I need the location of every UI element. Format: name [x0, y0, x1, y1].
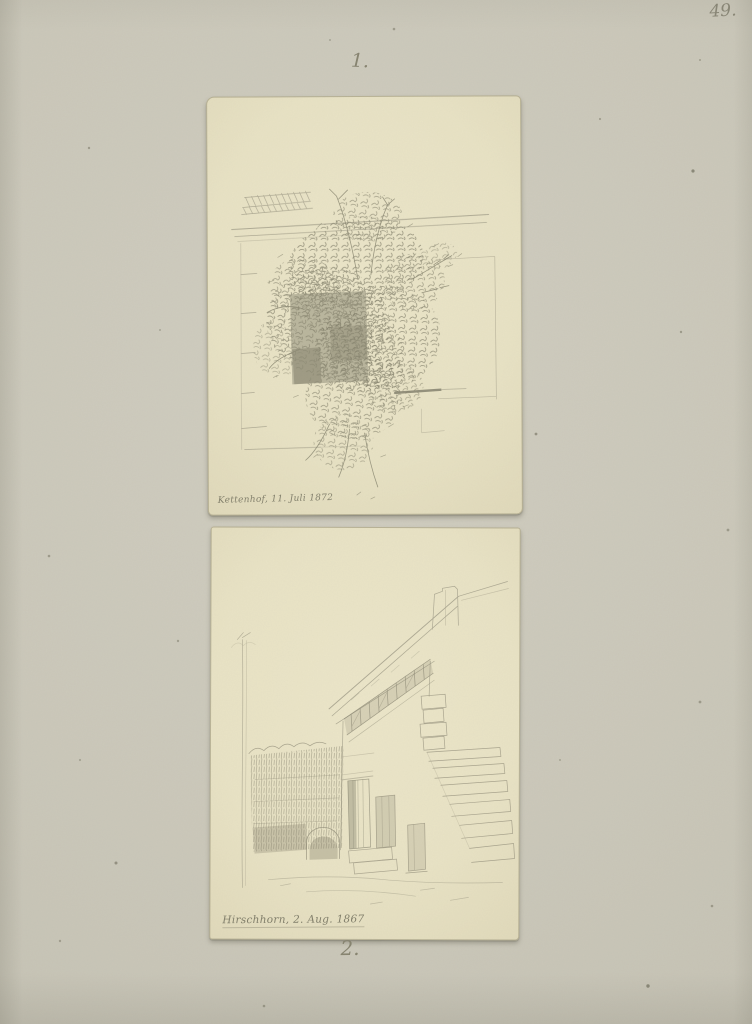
sketch-2-paper: Hirschhorn, 2. Aug. 1867: [209, 526, 520, 940]
ground-strokes: [268, 877, 502, 905]
figure-1-label: 1.: [338, 49, 383, 73]
foliage: [253, 192, 462, 471]
roof: [329, 581, 508, 725]
sketch-2-drawing: [210, 527, 519, 939]
figure-2-label: 2.: [328, 936, 372, 961]
sketch-1-drawing: [207, 96, 522, 514]
windows: [376, 795, 428, 873]
sketch-1-paper: Kettenhof, 11. Juli 1872: [206, 95, 523, 515]
sketch-2-inscription: Hirschhorn, 2. Aug. 1867: [222, 913, 364, 928]
overgrown-wall: [249, 742, 344, 854]
porch-steps: [349, 847, 398, 874]
door: [348, 779, 371, 849]
album-page: 49. 1.: [0, 0, 752, 1024]
sill-extension: [441, 389, 466, 390]
stone-stairs: [420, 694, 516, 862]
page-number: 49.: [700, 0, 747, 22]
